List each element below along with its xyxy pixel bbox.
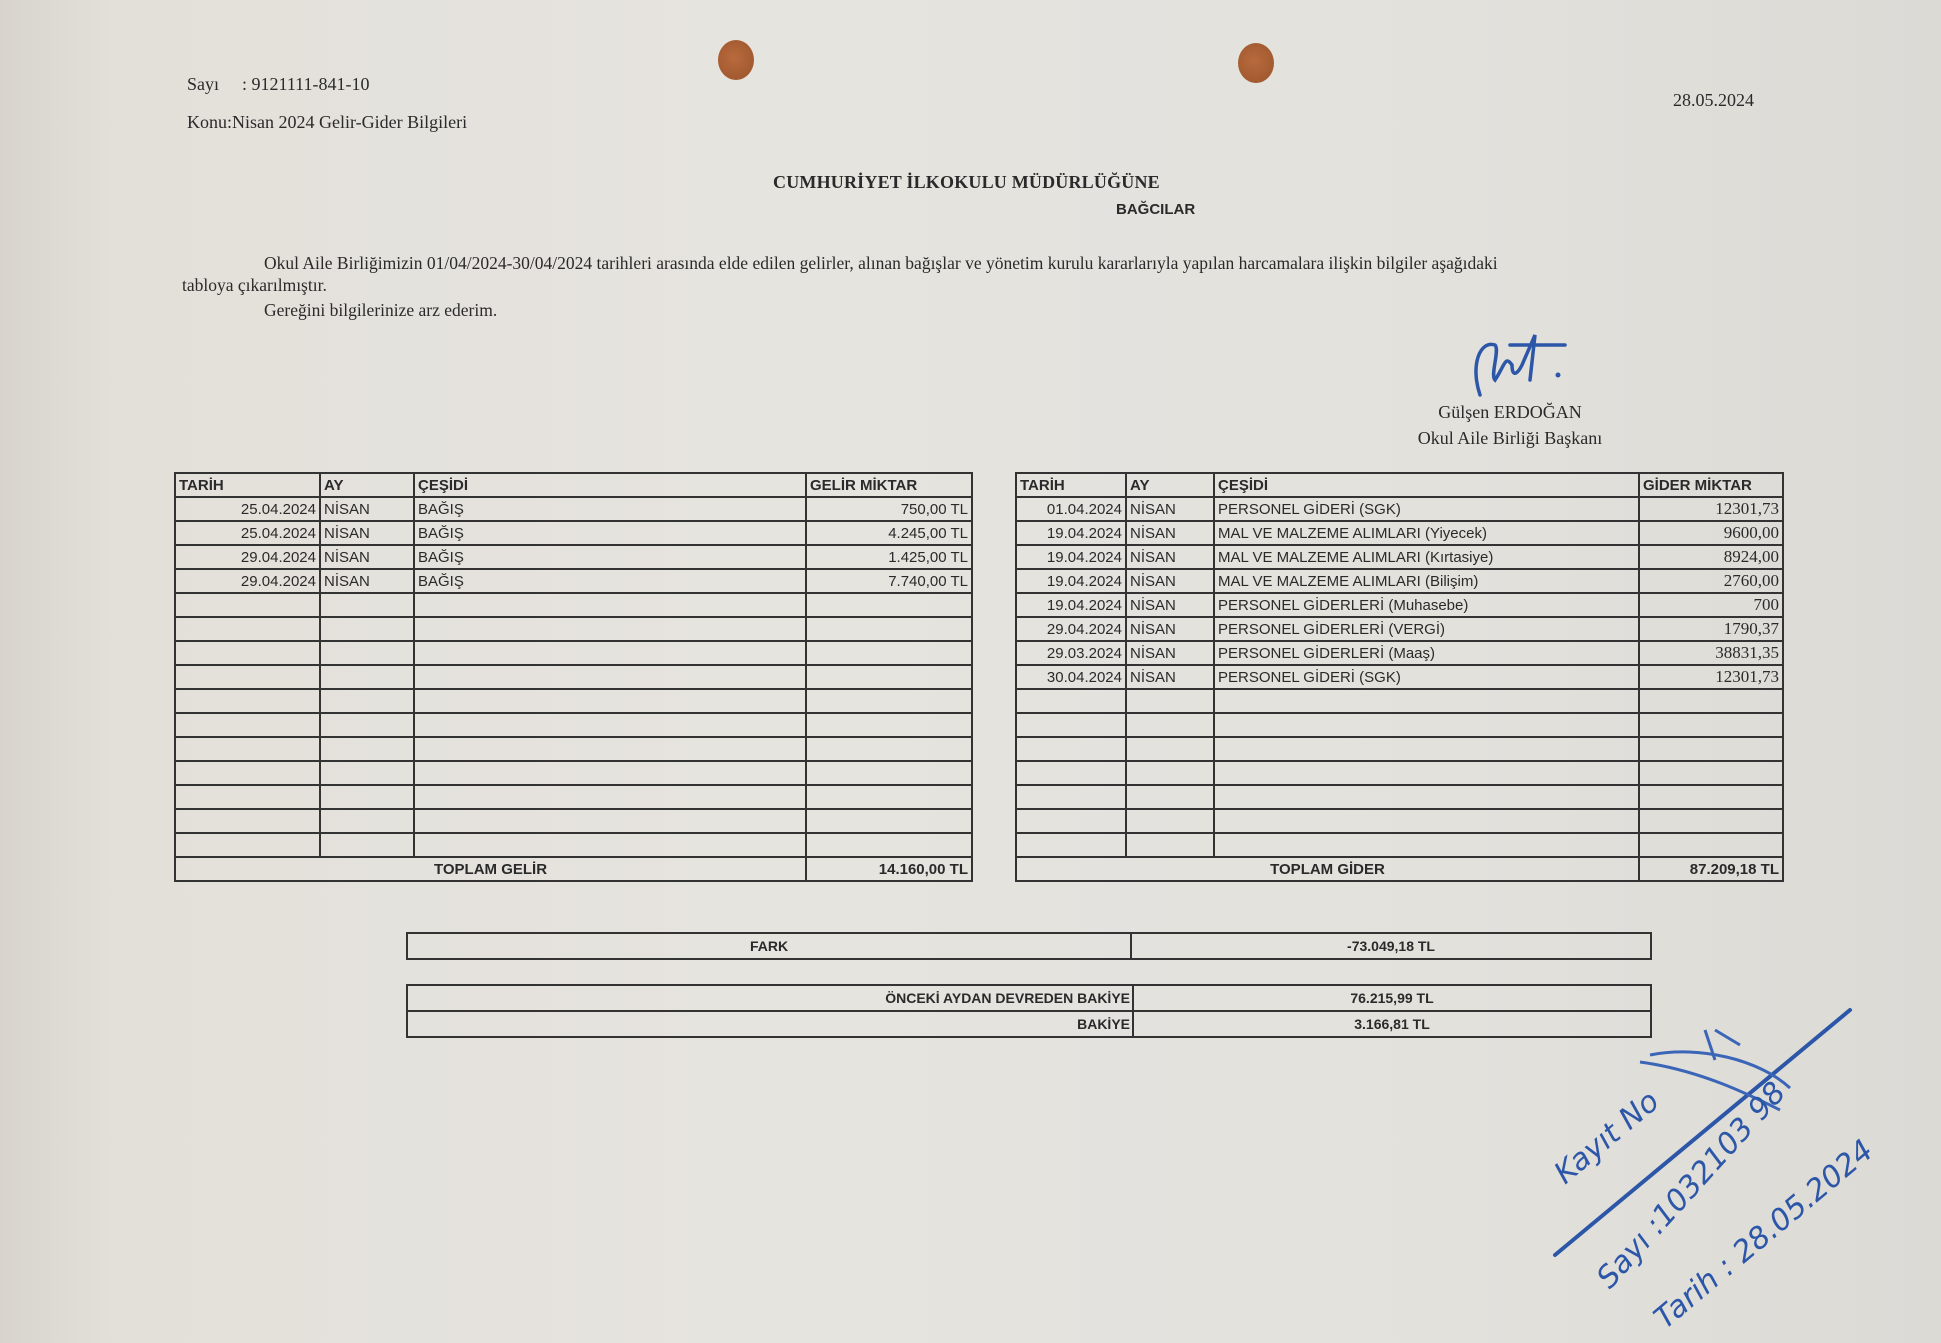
income-month-cell: [320, 713, 414, 737]
income-type-cell: [414, 809, 806, 833]
income-type-cell: BAĞIŞ: [414, 521, 806, 545]
difference-value: -73.049,18 TL: [1132, 938, 1650, 954]
income-type-cell: [414, 785, 806, 809]
table-row: 29.04.2024NİSANBAĞIŞ7.740,00 TL19.04.202…: [175, 569, 1783, 593]
table-row: 29.04.2024NİSANBAĞIŞ1.425,00 TL19.04.202…: [175, 545, 1783, 569]
income-month-cell: NİSAN: [320, 569, 414, 593]
income-date-cell: [175, 833, 320, 857]
punch-hole-left: [718, 40, 754, 80]
expense-month-cell: NİSAN: [1126, 593, 1214, 617]
table-gap: [972, 665, 1016, 689]
income-month-cell: [320, 689, 414, 713]
balance-label: BAKİYE: [408, 1012, 1134, 1036]
table-gap: [972, 761, 1016, 785]
income-month-cell: [320, 761, 414, 785]
sayi-line: Sayı : 9121111-841-10: [187, 74, 370, 95]
sayi-label: Sayı: [187, 74, 219, 94]
document-date: 28.05.2024: [1673, 90, 1754, 111]
expense-date-cell: 01.04.2024: [1016, 497, 1126, 521]
expense-amount-cell: 1790,37: [1639, 617, 1783, 641]
income-month-cell: NİSAN: [320, 497, 414, 521]
income-month-cell: [320, 737, 414, 761]
expense-date-cell: [1016, 809, 1126, 833]
expense-amount-cell: [1639, 833, 1783, 857]
expense-date-cell: [1016, 737, 1126, 761]
income-month-cell: [320, 593, 414, 617]
income-amount-cell: 750,00 TL: [806, 497, 972, 521]
expense-amount-cell: 9600,00: [1639, 521, 1783, 545]
income-amount-cell: [806, 617, 972, 641]
expense-date-cell: 19.04.2024: [1016, 569, 1126, 593]
expense-type-cell: MAL VE MALZEME ALIMLARI (Yiyecek): [1214, 521, 1639, 545]
table-row: 25.04.2024NİSANBAĞIŞ750,00 TL01.04.2024N…: [175, 497, 1783, 521]
table-header-row: TARİH AY ÇEŞİDİ GELİR MİKTAR TARİH AY ÇE…: [175, 473, 1783, 497]
income-amount-cell: [806, 689, 972, 713]
expense-amount-cell: [1639, 809, 1783, 833]
income-type-cell: [414, 689, 806, 713]
income-amount-cell: [806, 641, 972, 665]
income-month-cell: [320, 785, 414, 809]
difference-label: FARK: [408, 934, 1132, 958]
expense-type-cell: PERSONEL GİDERLERİ (Muhasebe): [1214, 593, 1639, 617]
expense-amount-cell: [1639, 689, 1783, 713]
income-date-cell: [175, 641, 320, 665]
income-date-cell: [175, 617, 320, 641]
income-type-cell: [414, 617, 806, 641]
tarih-handwritten-text: Tarih : 28.05.2024: [1648, 1133, 1881, 1336]
expense-month-cell: [1126, 761, 1214, 785]
difference-box: FARK -73.049,18 TL: [406, 932, 1652, 960]
expense-type-cell: PERSONEL GİDERİ (SGK): [1214, 665, 1639, 689]
table-gap: [972, 713, 1016, 737]
income-date-cell: [175, 809, 320, 833]
income-date-cell: 29.04.2024: [175, 545, 320, 569]
expense-amount-cell: 12301,73: [1639, 665, 1783, 689]
expense-type-cell: PERSONEL GİDERLERİ (VERGİ): [1214, 617, 1639, 641]
table-row: 19.04.2024NİSANPERSONEL GİDERLERİ (Muhas…: [175, 593, 1783, 617]
expense-date-cell: 19.04.2024: [1016, 545, 1126, 569]
income-type-cell: [414, 641, 806, 665]
expense-date-cell: 29.04.2024: [1016, 617, 1126, 641]
expense-month-cell: [1126, 833, 1214, 857]
expense-header-month: AY: [1126, 473, 1214, 497]
expense-date-cell: [1016, 761, 1126, 785]
totals-row: TOPLAM GELİR 14.160,00 TL TOPLAM GİDER 8…: [175, 857, 1783, 881]
expense-month-cell: [1126, 713, 1214, 737]
expense-amount-cell: 12301,73: [1639, 497, 1783, 521]
table-row: 30.04.2024NİSANPERSONEL GİDERİ (SGK)1230…: [175, 665, 1783, 689]
expense-month-cell: NİSAN: [1126, 641, 1214, 665]
expense-month-cell: NİSAN: [1126, 521, 1214, 545]
income-total-label: TOPLAM GELİR: [175, 857, 806, 881]
income-month-cell: NİSAN: [320, 545, 414, 569]
table-gap: [972, 689, 1016, 713]
income-type-cell: [414, 761, 806, 785]
expense-date-cell: [1016, 689, 1126, 713]
income-date-cell: [175, 761, 320, 785]
income-amount-cell: 1.425,00 TL: [806, 545, 972, 569]
income-total-value: 14.160,00 TL: [806, 857, 972, 881]
signature-scribble-icon: [1450, 325, 1570, 405]
table-row: 29.04.2024NİSANPERSONEL GİDERLERİ (VERGİ…: [175, 617, 1783, 641]
income-header-amount: GELİR MİKTAR: [806, 473, 972, 497]
expense-amount-cell: [1639, 737, 1783, 761]
income-date-cell: [175, 713, 320, 737]
income-amount-cell: [806, 833, 972, 857]
table-gap: [972, 833, 1016, 857]
expense-amount-cell: [1639, 785, 1783, 809]
table-gap: [972, 809, 1016, 833]
expense-date-cell: 30.04.2024: [1016, 665, 1126, 689]
income-amount-cell: [806, 761, 972, 785]
expense-type-cell: [1214, 689, 1639, 713]
income-date-cell: 25.04.2024: [175, 497, 320, 521]
expense-date-cell: [1016, 785, 1126, 809]
expense-month-cell: NİSAN: [1126, 545, 1214, 569]
expense-type-cell: PERSONEL GİDERİ (SGK): [1214, 497, 1639, 521]
income-amount-cell: 7.740,00 TL: [806, 569, 972, 593]
income-amount-cell: [806, 809, 972, 833]
expense-type-cell: MAL VE MALZEME ALIMLARI (Bilişim): [1214, 569, 1639, 593]
income-amount-cell: [806, 665, 972, 689]
table-row: [175, 713, 1783, 737]
balance-box: ÖNCEKİ AYDAN DEVREDEN BAKİYE 76.215,99 T…: [406, 984, 1652, 1038]
income-amount-cell: [806, 785, 972, 809]
expense-type-cell: [1214, 785, 1639, 809]
table-gap: [972, 545, 1016, 569]
income-amount-cell: 4.245,00 TL: [806, 521, 972, 545]
expense-type-cell: [1214, 737, 1639, 761]
income-type-cell: [414, 593, 806, 617]
addressee-location: BAĞCILAR: [1116, 201, 1195, 218]
table-gap: [972, 641, 1016, 665]
konu-value: :Nisan 2024 Gelir-Gider Bilgileri: [227, 112, 467, 132]
expense-amount-cell: 38831,35: [1639, 641, 1783, 665]
income-month-cell: [320, 617, 414, 641]
expense-amount-cell: [1639, 761, 1783, 785]
table-gap: [972, 473, 1016, 497]
sayi-value: : 9121111-841-10: [242, 74, 370, 94]
expense-type-cell: [1214, 713, 1639, 737]
income-date-cell: 29.04.2024: [175, 569, 320, 593]
expense-amount-cell: 700: [1639, 593, 1783, 617]
expense-date-cell: 19.04.2024: [1016, 521, 1126, 545]
income-month-cell: [320, 809, 414, 833]
table-gap: [972, 569, 1016, 593]
expense-type-cell: MAL VE MALZEME ALIMLARI (Kırtasiye): [1214, 545, 1639, 569]
table-gap: [972, 497, 1016, 521]
expense-date-cell: 19.04.2024: [1016, 593, 1126, 617]
expense-month-cell: [1126, 689, 1214, 713]
expense-date-cell: 29.03.2024: [1016, 641, 1126, 665]
table-gap: [972, 857, 1016, 881]
expense-header-type: ÇEŞİDİ: [1214, 473, 1639, 497]
expense-amount-cell: [1639, 713, 1783, 737]
income-header-month: AY: [320, 473, 414, 497]
income-header-type: ÇEŞİDİ: [414, 473, 806, 497]
expense-type-cell: [1214, 809, 1639, 833]
income-type-cell: [414, 665, 806, 689]
body-paragraph-line2: tabloya çıkarılmıştır.: [182, 274, 327, 296]
income-date-cell: [175, 737, 320, 761]
expense-month-cell: NİSAN: [1126, 665, 1214, 689]
handwritten-registration-note: Kayıt No Sayı :1032103 98 Tarih : 28.05.…: [1500, 1000, 1941, 1343]
income-type-cell: [414, 737, 806, 761]
konu-label: Konu: [187, 112, 227, 132]
income-month-cell: [320, 665, 414, 689]
expense-amount-cell: 8924,00: [1639, 545, 1783, 569]
table-row: [175, 833, 1783, 857]
income-type-cell: BAĞIŞ: [414, 545, 806, 569]
income-expense-table: TARİH AY ÇEŞİDİ GELİR MİKTAR TARİH AY ÇE…: [174, 472, 1784, 882]
table-row: [175, 785, 1783, 809]
income-month-cell: [320, 833, 414, 857]
expense-month-cell: [1126, 809, 1214, 833]
table-gap: [972, 521, 1016, 545]
income-amount-cell: [806, 737, 972, 761]
income-type-cell: BAĞIŞ: [414, 569, 806, 593]
table-row: [175, 809, 1783, 833]
income-amount-cell: [806, 713, 972, 737]
expense-total-label: TOPLAM GİDER: [1016, 857, 1639, 881]
income-date-cell: [175, 785, 320, 809]
table-row: [175, 761, 1783, 785]
expense-header-date: TARİH: [1016, 473, 1126, 497]
expense-date-cell: [1016, 833, 1126, 857]
income-date-cell: [175, 689, 320, 713]
body-paragraph-line1: Okul Aile Birliğimizin 01/04/2024-30/04/…: [264, 252, 1724, 274]
expense-month-cell: [1126, 737, 1214, 761]
income-month-cell: NİSAN: [320, 521, 414, 545]
signatory-title: Okul Aile Birliği Başkanı: [1375, 428, 1645, 449]
expense-month-cell: NİSAN: [1126, 569, 1214, 593]
income-date-cell: [175, 593, 320, 617]
table-gap: [972, 737, 1016, 761]
konu-line: Konu:Nisan 2024 Gelir-Gider Bilgileri: [187, 112, 467, 133]
income-month-cell: [320, 641, 414, 665]
table-row: 29.03.2024NİSANPERSONEL GİDERLERİ (Maaş)…: [175, 641, 1783, 665]
punch-hole-right: [1238, 43, 1274, 83]
signatory-name: Gülşen ERDOĞAN: [1385, 402, 1635, 423]
income-type-cell: [414, 713, 806, 737]
expense-date-cell: [1016, 713, 1126, 737]
table-row: [175, 689, 1783, 713]
expense-month-cell: [1126, 785, 1214, 809]
income-amount-cell: [806, 593, 972, 617]
expense-total-value: 87.209,18 TL: [1639, 857, 1783, 881]
table-row: 25.04.2024NİSANBAĞIŞ4.245,00 TL19.04.202…: [175, 521, 1783, 545]
expense-amount-cell: 2760,00: [1639, 569, 1783, 593]
expense-type-cell: [1214, 833, 1639, 857]
income-date-cell: [175, 665, 320, 689]
table-gap: [972, 785, 1016, 809]
income-type-cell: [414, 833, 806, 857]
income-header-date: TARİH: [175, 473, 320, 497]
table-row: [175, 737, 1783, 761]
body-closing: Gereğini bilgilerinize arz ederim.: [264, 299, 497, 321]
expense-type-cell: PERSONEL GİDERLERİ (Maaş): [1214, 641, 1639, 665]
expense-month-cell: NİSAN: [1126, 497, 1214, 521]
previous-balance-label: ÖNCEKİ AYDAN DEVREDEN BAKİYE: [408, 986, 1134, 1010]
expense-month-cell: NİSAN: [1126, 617, 1214, 641]
expense-header-amount: GİDER MİKTAR: [1639, 473, 1783, 497]
addressee-title: CUMHURİYET İLKOKULU MÜDÜRLÜĞÜNE: [773, 172, 1160, 193]
expense-type-cell: [1214, 761, 1639, 785]
income-type-cell: BAĞIŞ: [414, 497, 806, 521]
table-gap: [972, 593, 1016, 617]
table-gap: [972, 617, 1016, 641]
income-date-cell: 25.04.2024: [175, 521, 320, 545]
